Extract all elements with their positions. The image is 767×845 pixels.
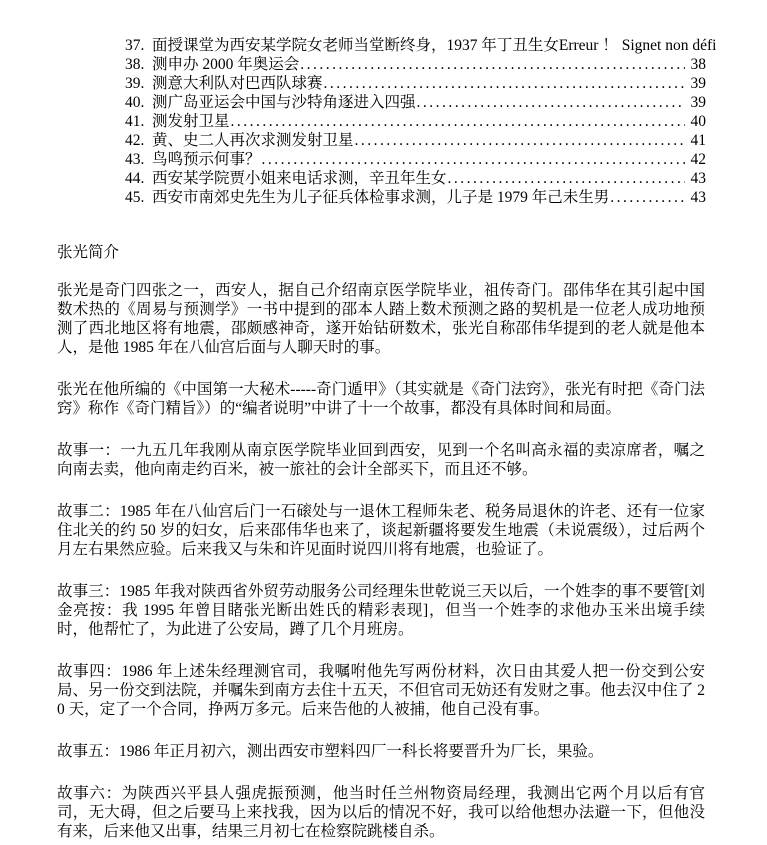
toc-item-42[interactable]: 42. 黄、史二人再次求测发射卫星 ......................… xyxy=(125,131,706,150)
document-page: 37. 面授课堂为西安某学院女老师当堂断终身，1937 年丁丑生女Erreur … xyxy=(0,0,767,841)
toc-item-title: 面授课堂为西安某学院女老师当堂断终身，1937 年丁丑生女Erreur ！ Si… xyxy=(152,36,716,55)
toc-dot-leader: ........................................… xyxy=(610,188,685,207)
toc-item-43[interactable]: 43. 鸟鸣预示何事？ ............................… xyxy=(125,150,706,169)
toc-dot-leader: ........................................… xyxy=(231,112,685,131)
toc-item-number: 43. xyxy=(125,150,152,169)
toc-item-37[interactable]: 37. 面授课堂为西安某学院女老师当堂断终身，1937 年丁丑生女Erreur … xyxy=(125,36,706,55)
toc-item-41[interactable]: 41. 测发射卫星 ..............................… xyxy=(125,112,706,131)
toc-item-38[interactable]: 38. 测申办 2000 年奥运会 ......................… xyxy=(125,55,706,74)
toc-item-title: 测发射卫星 xyxy=(152,112,230,131)
toc-item-44[interactable]: 44. 西安某学院贾小姐来电话求测，辛丑年生女 ................… xyxy=(125,169,706,188)
toc-dot-leader: ........................................… xyxy=(355,131,685,150)
toc-dot-leader: ........................................… xyxy=(300,55,685,74)
toc-item-title: 测申办 2000 年奥运会 xyxy=(152,55,299,74)
toc-dot-leader: ........................................… xyxy=(262,150,685,169)
toc-item-number: 38. xyxy=(125,55,152,74)
toc-dot-leader: ........................................… xyxy=(324,74,685,93)
toc-item-number: 41. xyxy=(125,112,152,131)
toc-page-number: 39 xyxy=(688,93,706,112)
paragraph-story-1: 故事一：一九五几年我刚从南京医学院毕业回到西安，见到一个名叫高永福的卖凉席者，嘱… xyxy=(57,441,705,479)
toc-item-title: 测意大利队对巴西队球赛 xyxy=(152,74,323,93)
paragraph-story-4: 故事四：1986 年上述朱经理测官司，我嘱咐他先写两份材料，次日由其爱人把一份交… xyxy=(57,662,705,719)
toc-item-number: 45. xyxy=(125,188,152,207)
toc-page-number: 38 xyxy=(688,55,706,74)
toc-item-39[interactable]: 39. 测意大利队对巴西队球赛 ........................… xyxy=(125,74,706,93)
paragraph-story-6: 故事六：为陕西兴平县人强虎振预测，他当时任兰州物资局经理，我测出它两个月以后有官… xyxy=(57,784,705,841)
toc-item-number: 39. xyxy=(125,74,152,93)
toc-item-number: 42. xyxy=(125,131,152,150)
paragraph-story-5: 故事五：1986 年正月初六，测出西安市塑料四厂一科长将要晋升为厂长，果验。 xyxy=(57,742,705,761)
paragraph-story-2: 故事二：1985 年在八仙宫后门一石磙处与一退休工程师朱老、税务局退休的许老、还… xyxy=(57,502,705,559)
paragraph-intro: 张光是奇门四张之一，西安人，据自己介绍南京医学院毕业，祖传奇门。邵伟华在其引起中… xyxy=(57,281,705,357)
toc-item-number: 37. xyxy=(125,36,152,55)
toc-item-number: 40. xyxy=(125,93,152,112)
toc-page-number: 41 xyxy=(688,131,706,150)
toc-item-title: 鸟鸣预示何事？ xyxy=(152,150,261,169)
toc-item-title: 西安某学院贾小姐来电话求测，辛丑年生女 xyxy=(152,169,447,188)
toc-page-number: 40 xyxy=(688,112,706,131)
toc-item-number: 44. xyxy=(125,169,152,188)
paragraph-story-3: 故事三：1985 年我对陕西省外贸劳动服务公司经理朱世乾说三天以后，一个姓李的事… xyxy=(57,582,705,639)
paragraph-book: 张光在他所编的《中国第一大秘术-----奇门遁甲》（其实就是《奇门法窍》，张光有… xyxy=(57,380,705,418)
toc-item-title: 西安市南郊史先生为儿子征兵体检事求测，儿子是 1979 年己未生男 xyxy=(152,188,609,207)
table-of-contents: 37. 面授课堂为西安某学院女老师当堂断终身，1937 年丁丑生女Erreur … xyxy=(125,36,706,207)
toc-item-title: 测广岛亚运会中国与沙特角逐进入四强 xyxy=(152,93,416,112)
toc-page-number: 42 xyxy=(688,150,706,169)
toc-dot-leader: ........................................… xyxy=(448,169,685,188)
toc-item-45[interactable]: 45. 西安市南郊史先生为儿子征兵体检事求测，儿子是 1979 年己未生男 ..… xyxy=(125,188,706,207)
toc-page-number: 43 xyxy=(688,169,706,188)
toc-item-40[interactable]: 40. 测广岛亚运会中国与沙特角逐进入四强 ..................… xyxy=(125,93,706,112)
toc-page-number: 43 xyxy=(688,188,706,207)
toc-item-title: 黄、史二人再次求测发射卫星 xyxy=(152,131,354,150)
toc-dot-leader: ........................................… xyxy=(417,93,685,112)
section-title: 张光简介 xyxy=(57,243,767,262)
toc-page-number: 39 xyxy=(688,74,706,93)
